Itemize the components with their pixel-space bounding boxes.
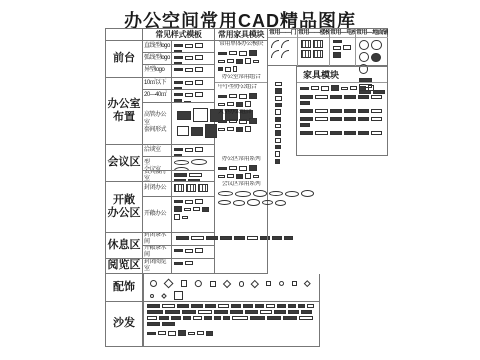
sub-under-10sqm: 10㎡以下 [143, 78, 172, 90]
label-stairs: 常用——楼梯 [298, 29, 329, 38]
sub-enclosed-reading-room: 封闭阅览室 [143, 259, 172, 274]
sub-negotiation-room: 洽谈室 [143, 145, 172, 157]
category-reception: 前台 [106, 41, 143, 78]
sub-open-office: 开敞办公 [143, 197, 172, 233]
thumb-under-10sqm [172, 78, 215, 90]
header-style-templates: 常见样式模板 [143, 29, 215, 41]
mid-strip-small-medium [215, 91, 267, 109]
sub-20-40sqm: 20—40㎡ [143, 90, 172, 103]
elevator-glyphs [330, 38, 355, 60]
furniture-row-sofas-4 [297, 129, 387, 137]
mid-label-office-common-combos: 办公室常用组合 [215, 74, 267, 81]
sub-linear-logo: 直线型logo [143, 41, 172, 53]
accessories-glyphs [144, 274, 319, 302]
mid-label-meeting-series: 会议区常用系列 [215, 181, 267, 188]
category-office-layout: 办公室 布置 [106, 78, 143, 145]
furniture-row-sofas-1 [297, 93, 387, 107]
furniture-row-sofas-2 [297, 107, 387, 115]
category-reading-area: 阅览区 [106, 259, 143, 274]
thumb-shaped-logo [172, 65, 215, 78]
furniture-module-panel: 常用单体办公模块 办公室常用组合 中小型办公组合 大型办公组合 办公区常用系列 … [215, 41, 268, 274]
door-glyphs [268, 38, 297, 60]
thumb-large-medium-meeting [172, 157, 215, 171]
mid-label-single-office-modules: 常用单体办公模块 [215, 41, 267, 48]
thumb-20-40sqm [172, 90, 215, 103]
sub-open-pantry: 开敞茶水间 [143, 246, 172, 259]
sub-enclosed-pantry: 封闭茶水间 [143, 233, 172, 246]
thumb-open-office [172, 197, 215, 233]
stair-glyphs [298, 38, 329, 60]
header-empty-cell [106, 29, 143, 41]
label-elevators: 常用—电梯 [330, 29, 355, 38]
top-right-panel: 常用——门 常用——楼梯 常用—电梯 常用—地面铺装 [268, 28, 388, 66]
sub-shaped-logo: 异型logo [143, 65, 172, 78]
right-furniture-panel: 家具模块 [296, 66, 388, 156]
mid-strip-office-series [215, 163, 267, 181]
mid-label-small-medium-combos: 中小型办公组合 [215, 84, 267, 91]
label-floor-paving: 常用—地面铺装 [356, 29, 388, 38]
sub-enclosed-office: 封闭办公 [143, 182, 172, 197]
cell-elevators: 常用—电梯 [330, 29, 356, 66]
header-furniture-modules: 常用家具模块 [215, 29, 268, 41]
mid-separator [215, 82, 267, 83]
mid-strip-single-office [215, 48, 267, 74]
furniture-row-tables [297, 83, 387, 93]
category-rest-area: 休息区 [106, 233, 143, 259]
sofa-strip [143, 302, 320, 347]
mid-strip-large [215, 116, 267, 134]
sub-executive-suite: 高管办公室 套间形式 [143, 103, 172, 145]
sofa-glyph-tail [144, 328, 319, 338]
thumb-enclosed-office [172, 182, 215, 197]
mid-label-large-combos: 大型办公组合 [215, 109, 267, 116]
thumb-linear-logo [172, 41, 215, 53]
thumb-enclosed-reading-room [172, 259, 215, 274]
label-doors: 常用——门 [268, 29, 297, 38]
scatter-block-column [272, 80, 290, 148]
category-accessories: 配饰 [106, 274, 143, 302]
category-meeting-area: 会议区 [106, 145, 143, 182]
cell-stairs: 常用——楼梯 [298, 29, 330, 66]
sub-arc-logo: 弧线型logo [143, 53, 172, 65]
category-sofa: 沙发 [106, 302, 143, 347]
thumb-negotiation-room [172, 145, 215, 157]
mid-gap [215, 134, 267, 156]
furniture-row-sofas-3 [297, 115, 387, 129]
sub-large-medium-meeting: 大型、中型 会议室 [143, 157, 172, 171]
right-panel-title: 家具模块 [297, 67, 387, 83]
category-open-office: 开敞 办公区 [106, 182, 143, 233]
thumb-vip-reception [172, 171, 215, 182]
cell-doors: 常用——门 [268, 29, 298, 66]
sub-vip-reception: 贵宾接待室 [143, 171, 172, 182]
thumb-open-pantry [172, 246, 215, 259]
thumb-arc-logo [172, 53, 215, 65]
sofa-glyph-rows [144, 302, 319, 328]
accessories-strip [143, 274, 320, 302]
mid-strip-meeting-tables [215, 188, 319, 208]
cad-catalog-sheet: 办公空间常用CAD精品图库 常见样式模板 常用家具模块 前台 办公室 布置 会议… [0, 0, 480, 360]
cell-floor-paving: 常用—地面铺装 [356, 29, 388, 66]
mid-label-office-series: 办公区常用系列 [215, 156, 267, 163]
